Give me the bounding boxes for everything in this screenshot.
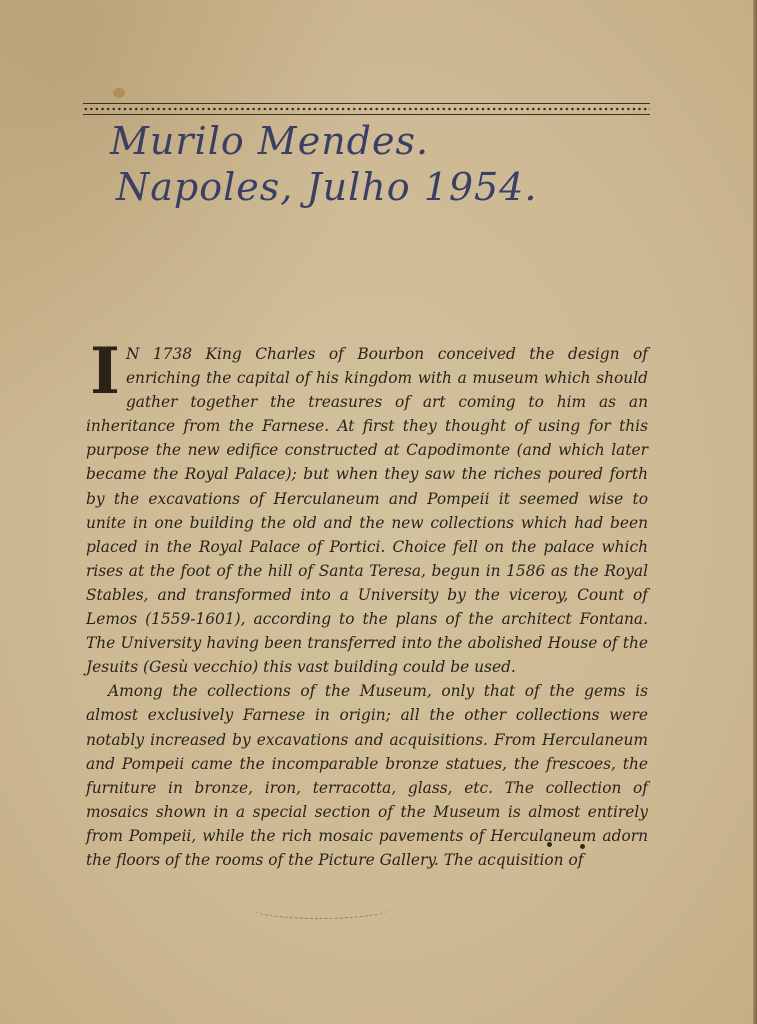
signature-name: Murilo Mendes.	[110, 118, 650, 164]
paper-crease	[250, 898, 390, 919]
page-edge	[753, 0, 757, 1024]
paragraph-1-text: N 1738 King Charles of Bourbon conceived…	[86, 345, 648, 676]
paper-stain	[113, 88, 125, 98]
ornamental-dotted-rule	[83, 103, 650, 115]
drop-cap: I	[90, 344, 120, 400]
paragraph-2: Among the collections of the Museum, onl…	[86, 679, 648, 872]
signature-place-date: Napoles, Julho 1954.	[110, 164, 650, 210]
paragraph-1: IN 1738 King Charles of Bourbon conceive…	[86, 342, 648, 679]
paper-hole	[580, 844, 585, 849]
handwritten-inscription: Murilo Mendes. Napoles, Julho 1954.	[110, 118, 650, 210]
document-page: Murilo Mendes. Napoles, Julho 1954. IN 1…	[0, 0, 757, 1024]
article-body: IN 1738 King Charles of Bourbon conceive…	[86, 342, 648, 872]
paper-hole	[547, 842, 552, 847]
